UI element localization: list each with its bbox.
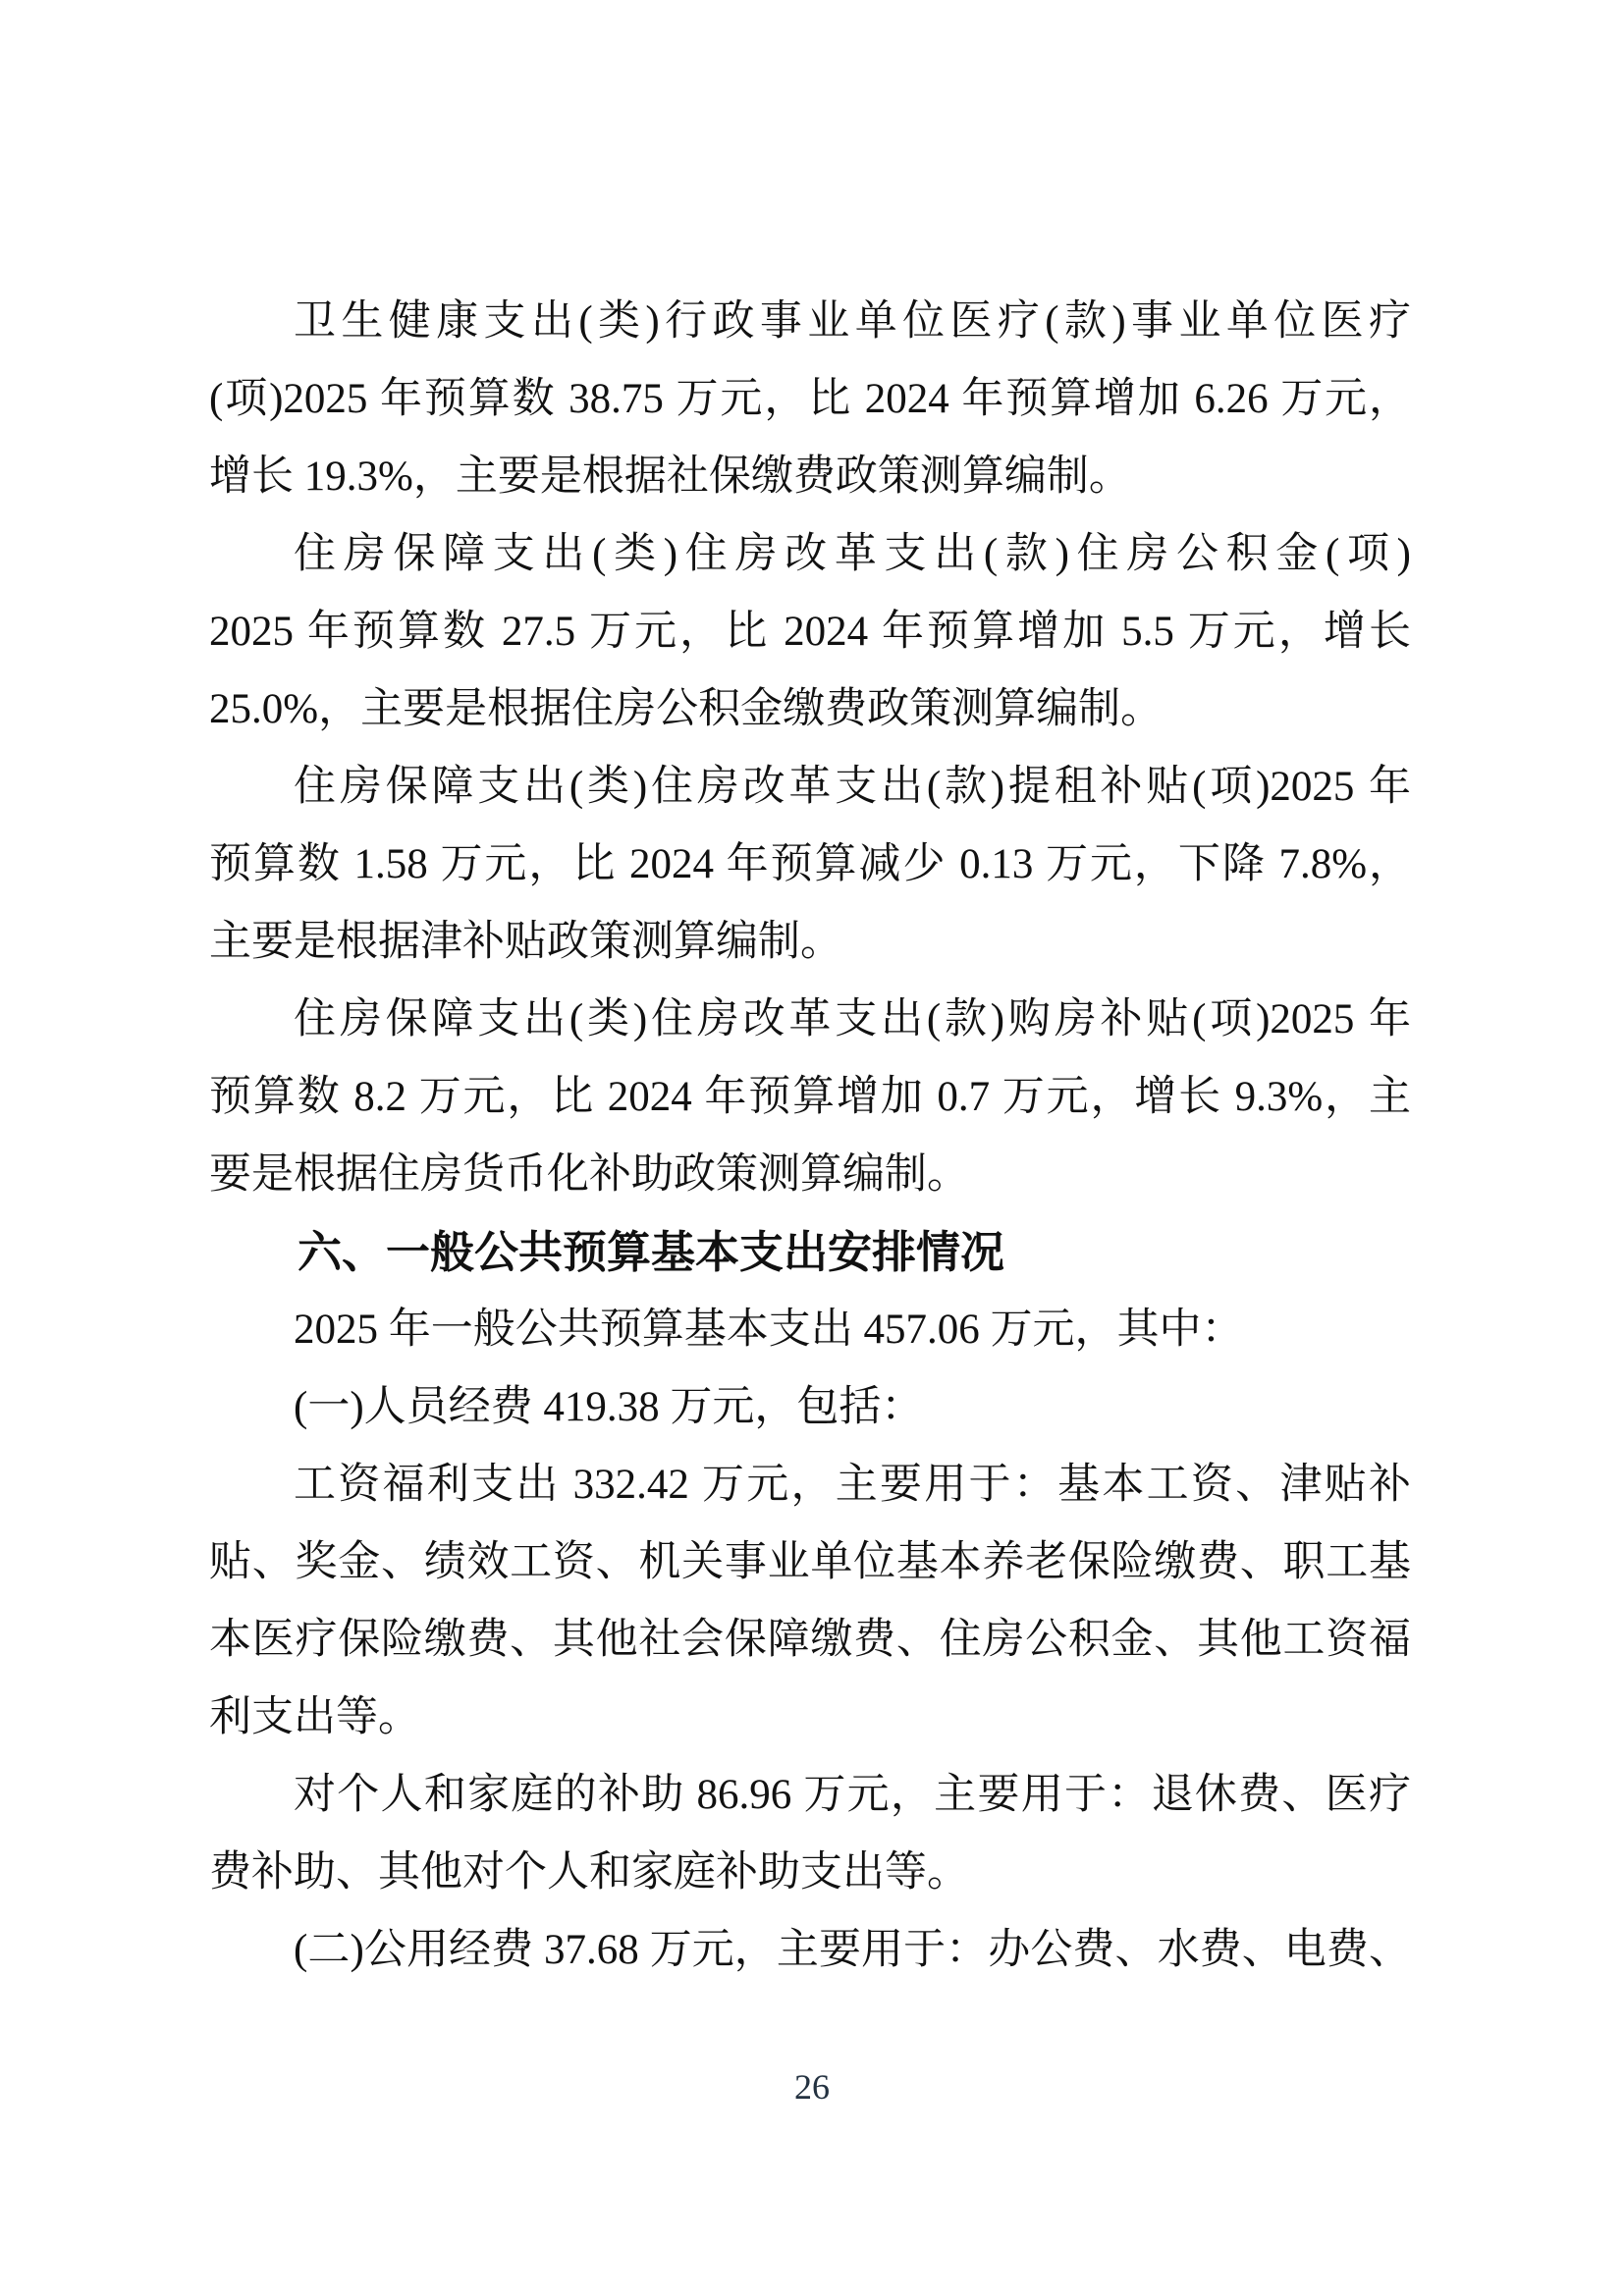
body-text-line: 2025 年预算数 27.5 万元，比 2024 年预算增加 5.5 万元，增长	[209, 593, 1411, 670]
body-text-line: 本医疗保险缴费、其他社会保障缴费、住房公积金、其他工资福	[209, 1601, 1411, 1679]
body-text-line: 预算数 8.2 万元，比 2024 年预算增加 0.7 万元，增长 9.3%，主	[209, 1058, 1411, 1136]
body-text-line: (一)人员经费 419.38 万元，包括：	[209, 1368, 1411, 1446]
body-text-line: 费补助、其他对个人和家庭补助支出等。	[209, 1834, 1411, 1911]
body-text-line: 住房保障支出(类)住房改革支出(款)住房公积金(项)	[209, 515, 1411, 593]
body-text-line: (二)公用经费 37.68 万元，主要用于：办公费、水费、电费、	[209, 1911, 1411, 1989]
section-6-heading: 六、一般公共预算基本支出安排情况	[209, 1213, 1411, 1291]
body-text-line: 卫生健康支出(类)行政事业单位医疗(款)事业单位医疗	[209, 283, 1411, 360]
body-text-line: 住房保障支出(类)住房改革支出(款)提租补贴(项)2025 年	[209, 748, 1411, 826]
text-block: 卫生健康支出(类)行政事业单位医疗(款)事业单位医疗 (项)2025 年预算数 …	[209, 283, 1411, 1989]
body-text-line: 2025 年一般公共预算基本支出 457.06 万元，其中：	[209, 1291, 1411, 1368]
body-text-line: 住房保障支出(类)住房改革支出(款)购房补贴(项)2025 年	[209, 981, 1411, 1058]
body-text-line: 对个人和家庭的补助 86.96 万元，主要用于：退休费、医疗	[209, 1756, 1411, 1834]
page-number: 26	[0, 2067, 1624, 2107]
body-text-line: 工资福利支出 332.42 万元，主要用于：基本工资、津贴补	[209, 1446, 1411, 1523]
body-text-line: 主要是根据津补贴政策测算编制。	[209, 903, 1411, 981]
document-page: { "content": { "paragraphs": [ { "lines"…	[0, 0, 1624, 2296]
body-text-line: 预算数 1.58 万元，比 2024 年预算减少 0.13 万元，下降 7.8%…	[209, 826, 1411, 903]
body-text-line: 增长 19.3%，主要是根据社保缴费政策测算编制。	[209, 438, 1411, 515]
body-text-line: (项)2025 年预算数 38.75 万元，比 2024 年预算增加 6.26 …	[209, 360, 1411, 438]
body-text-line: 25.0%，主要是根据住房公积金缴费政策测算编制。	[209, 670, 1411, 748]
body-text-line: 要是根据住房货币化补助政策测算编制。	[209, 1136, 1411, 1213]
body-text-line: 利支出等。	[209, 1679, 1411, 1756]
body-text-line: 贴、奖金、绩效工资、机关事业单位基本养老保险缴费、职工基	[209, 1523, 1411, 1601]
